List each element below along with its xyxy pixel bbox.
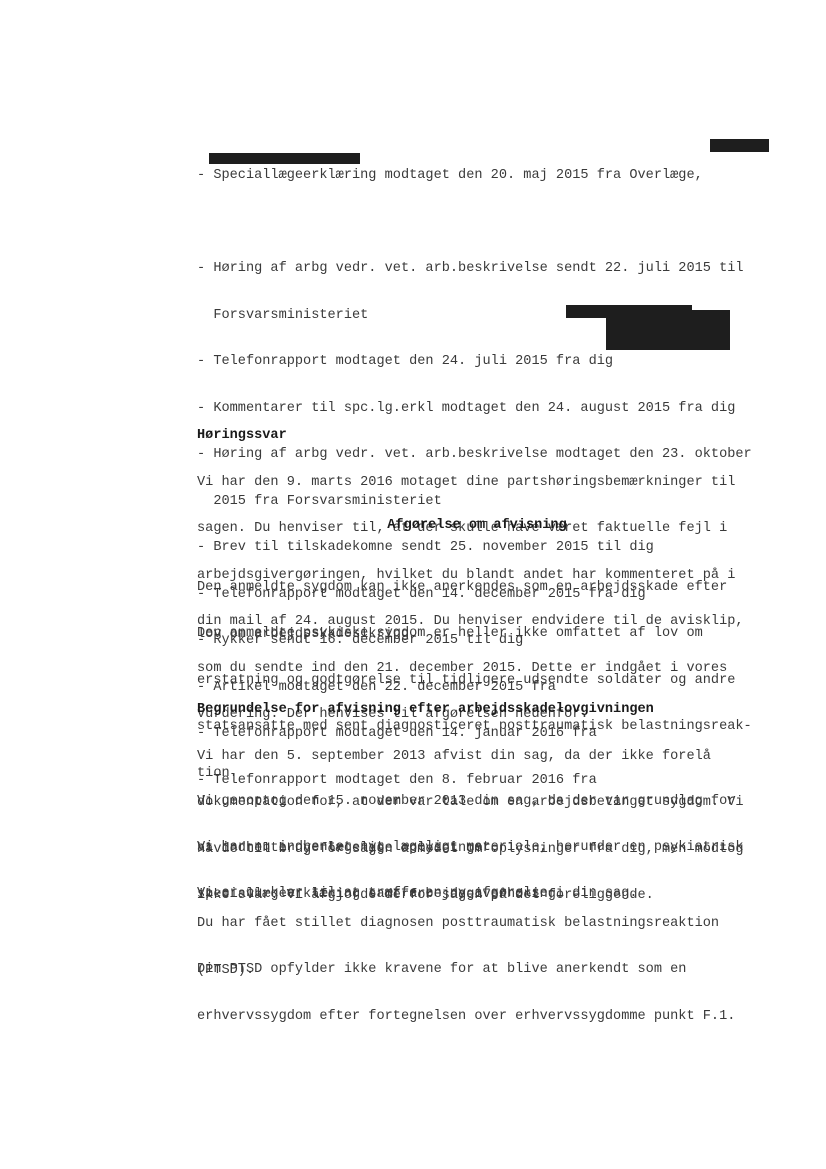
paragraph-line: Vi har nu indhentet nyt lægeligt materia… xyxy=(197,840,744,856)
decision-title: Afgørelse om afvisning xyxy=(197,518,757,534)
paragraph-line: erhvervssygdom efter fortegnelsen over e… xyxy=(197,1009,735,1025)
list-item xyxy=(197,215,752,231)
section-heading: Høringssvar xyxy=(197,428,744,444)
section-heading: Begrundelse for afvisning efter arbejdss… xyxy=(197,702,744,718)
paragraph-line: Den anmeldte psykiske sygdom er heller i… xyxy=(197,626,752,642)
redaction-box xyxy=(209,153,360,164)
list-item: - Telefonrapport modtaget den 24. juli 2… xyxy=(197,354,752,370)
list-item: - Høring af arbg vedr. vet. arb.beskrive… xyxy=(197,261,752,277)
begrundelse-paragraph-6: Din PTSD opfylder ikke kravene for at bl… xyxy=(197,931,735,1055)
document-page: - Speciallægeerklæring modtaget den 20. … xyxy=(0,0,826,1169)
redaction-box xyxy=(606,310,730,350)
paragraph-line: Din PTSD opfylder ikke kravene for at bl… xyxy=(197,962,735,978)
paragraph-line: Den anmeldte sygdom kan ikke anerkendes … xyxy=(197,580,727,596)
redaction-box xyxy=(710,139,769,152)
paragraph-line: Vi har den 5. september 2013 afvist din … xyxy=(197,749,744,765)
paragraph-line: Vi genoptog den 15. november 2013 din sa… xyxy=(197,794,735,810)
paragraph-line: Du har fået stillet diagnosen posttrauma… xyxy=(197,916,719,932)
paragraph-line: Vi har den 9. marts 2016 motaget dine pa… xyxy=(197,475,744,491)
list-item: - Speciallægeerklæring modtaget den 20. … xyxy=(197,168,752,184)
